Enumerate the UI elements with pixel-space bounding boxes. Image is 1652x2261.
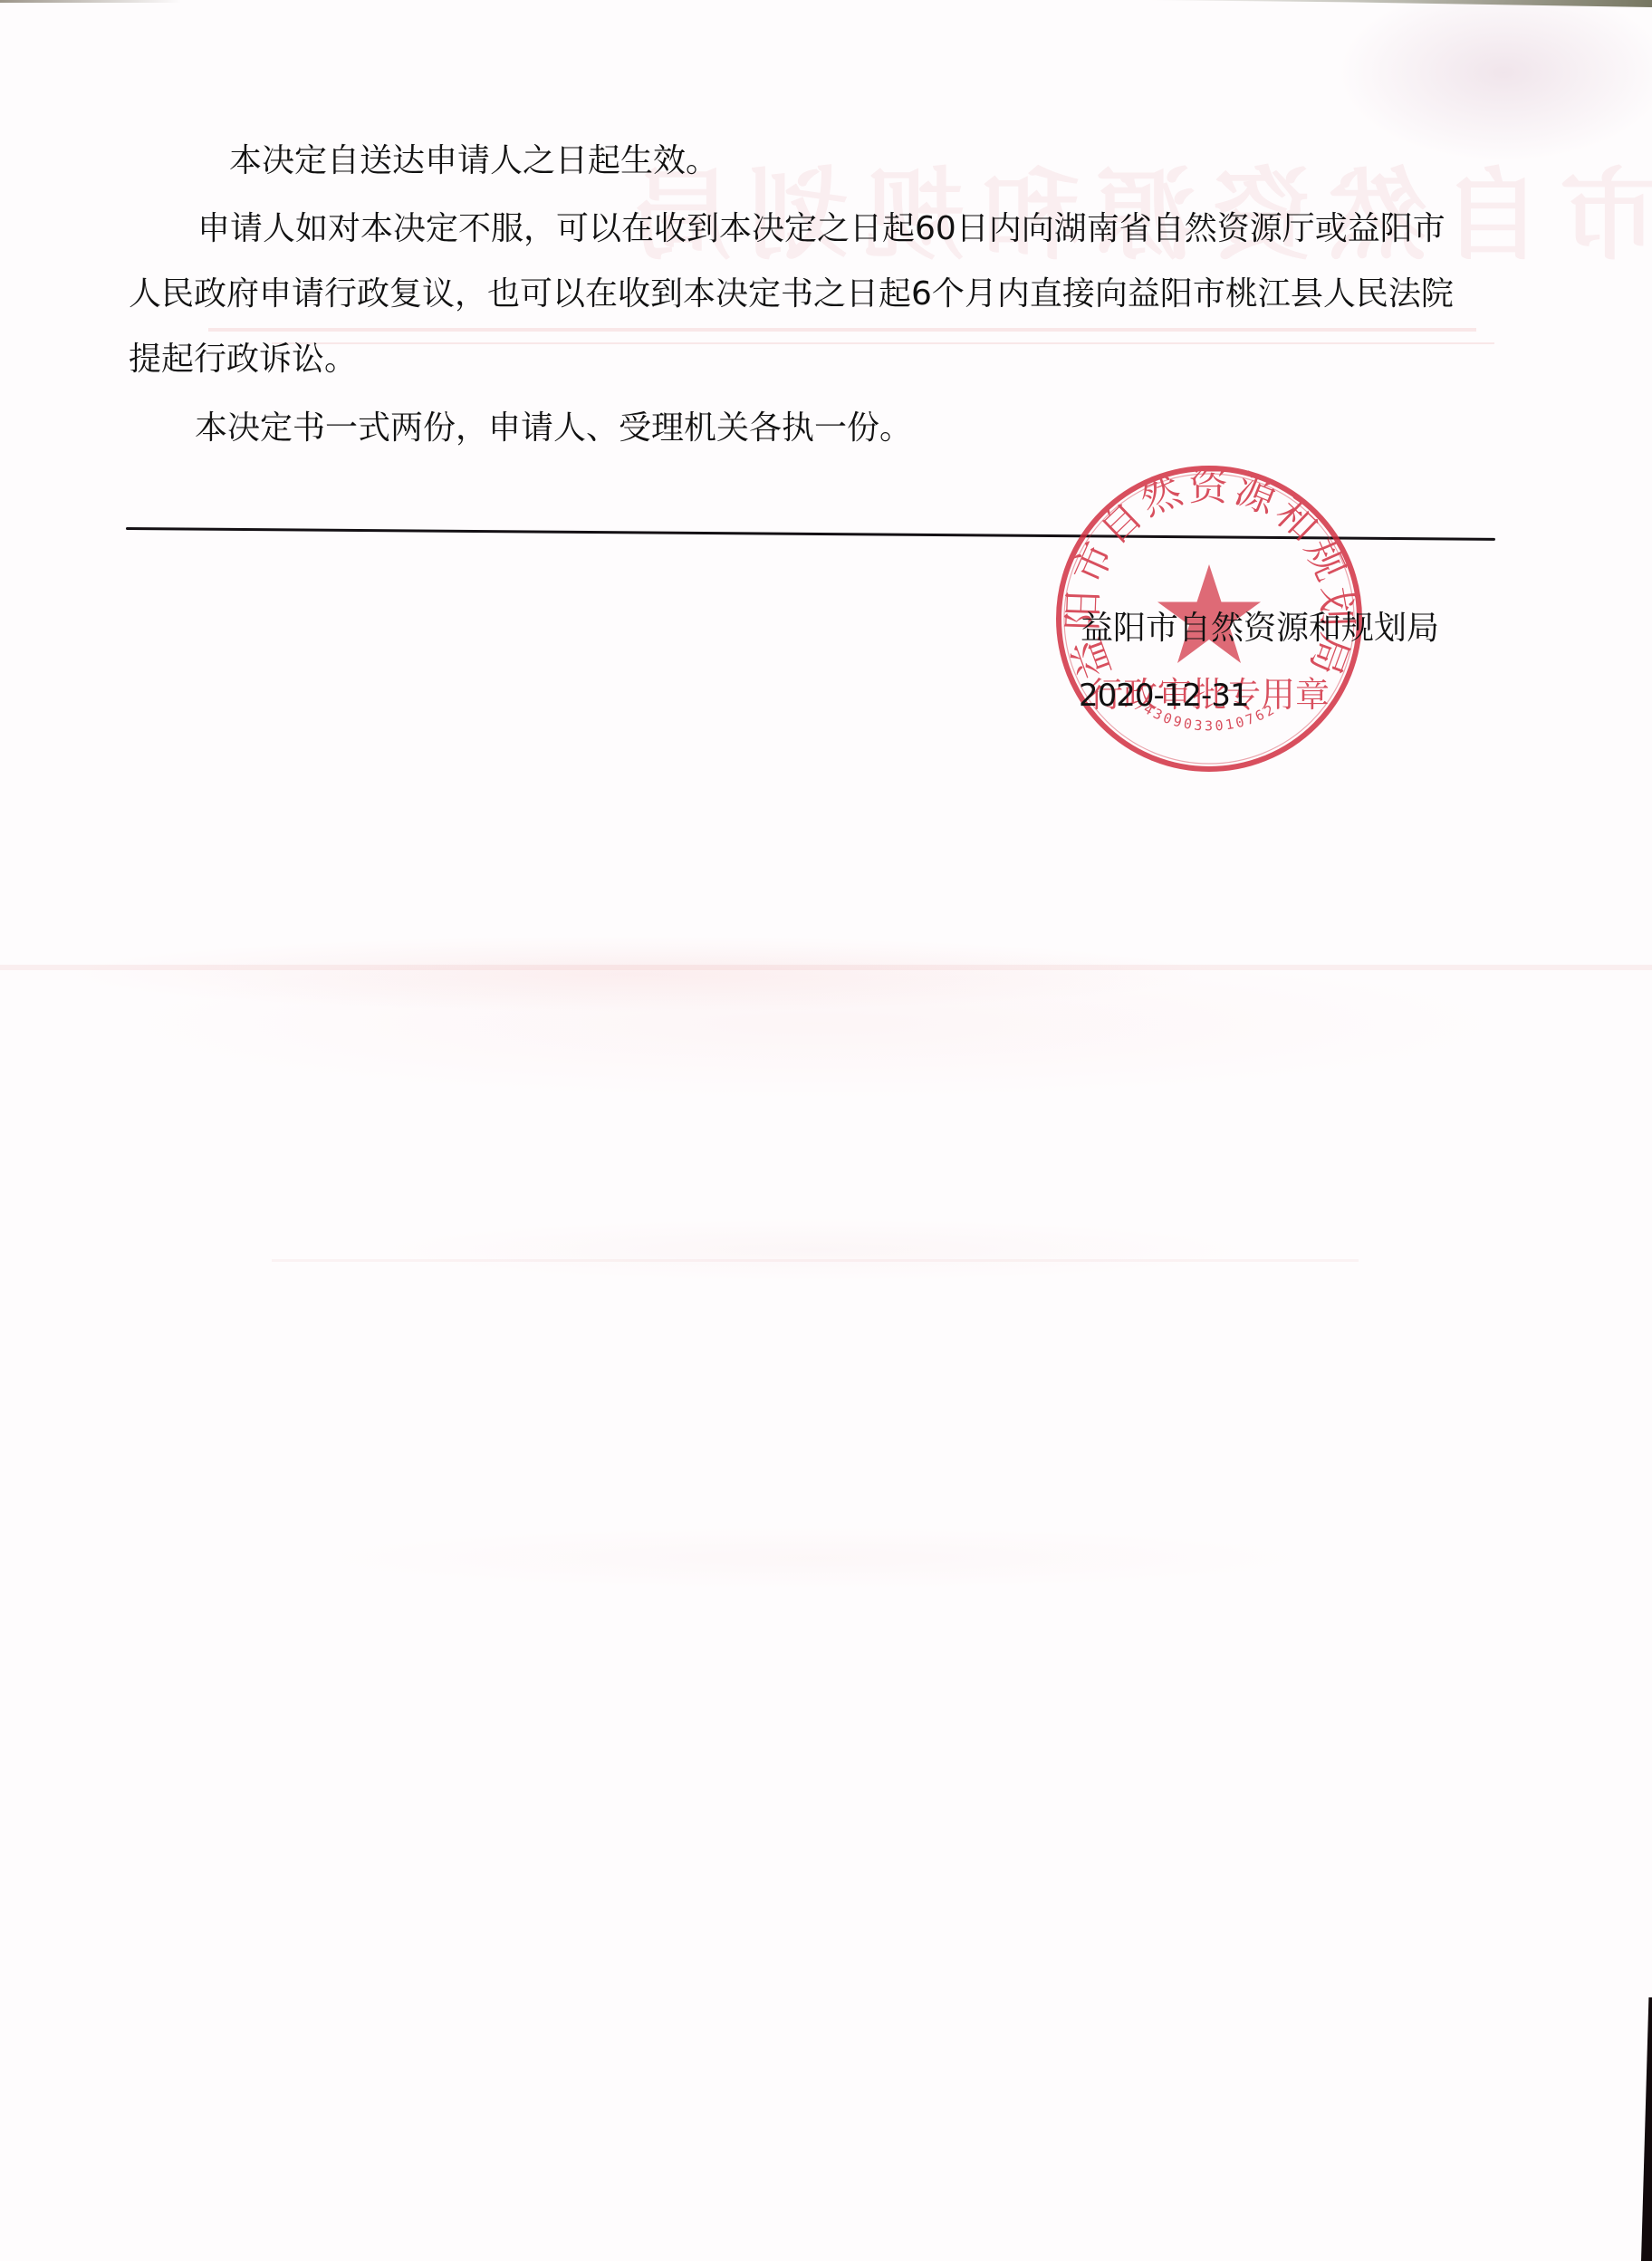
bleed-through-rule (272, 342, 1494, 344)
bleed-through-title: 益阳市自然资源和规划局 (616, 136, 1652, 279)
paper-background (0, 0, 1652, 2261)
scan-edge-top-left (0, 0, 181, 3)
bleed-through-rule (0, 965, 1652, 970)
paragraph-effective-date: 本决定自送达申请人之日起生效。 (229, 143, 718, 179)
issue-date: 2020-12-31 (1079, 678, 1249, 714)
paragraph-copies: 本决定书一式两份，申请人、受理机关各执一份。 (195, 410, 912, 447)
issuer-name: 益阳市自然资源和规划局 (1081, 611, 1439, 647)
paragraph-appeal-rights-line-1: 申请人如对本决定不服，可以在收到本决定之日起60日内向湖南省自然资源厅或益阳市 (197, 211, 1445, 247)
paragraph-appeal-rights-line-3: 提起行政诉讼。 (129, 342, 357, 378)
bleed-through-rule (272, 1259, 1359, 1262)
paragraph-appeal-rights-line-2: 人民政府申请行政复议，也可以在收到本决定书之日起6个月内直接向益阳市桃江县人民法… (129, 276, 1454, 313)
bleed-through-rule (208, 328, 1476, 332)
